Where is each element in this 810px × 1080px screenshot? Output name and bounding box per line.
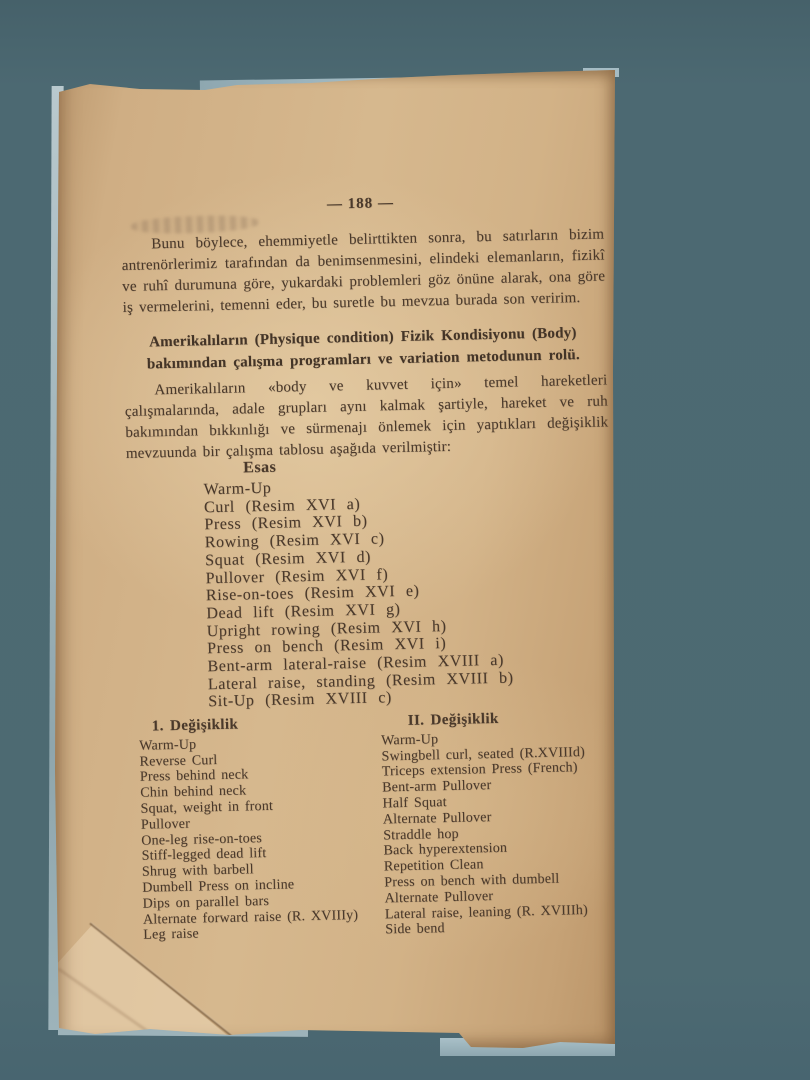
photo-backdrop: — 188 — Bunu böylece, ehemmiyetle belirt… [0,0,810,1080]
page-number: — 188 — [120,191,600,218]
variation-1-column: 1. Değişiklik Warm-UpReverse CurlPress b… [139,714,389,943]
variation-1-title: 1. Değişiklik [152,714,384,735]
section-heading: Amerikalıların (Physique condition) Fizi… [110,321,616,376]
variation-2-list: Warm-UpSwingbell curl, seated (R.XVIIId)… [381,728,630,939]
esas-list-title: Esas [243,459,277,478]
paragraph-closing-remarks: Bunu böylece, ehemmiyetle belirttikten s… [121,224,606,319]
paragraph-variation-method: Amerikalıların «body ve kuvvet için» tem… [124,370,609,465]
variation-1-list: Warm-UpReverse CurlPress behind neckChin… [139,733,388,944]
book-page: — 188 — Bunu böylece, ehemmiyetle belirt… [55,70,615,1050]
list-item: Leg raise [143,923,388,944]
esas-exercise-list: Warm-UpCurl (Resim XVI a)Press (Resim XV… [203,472,628,711]
variation-2-title: II. Değişiklik [408,709,626,730]
page-content: — 188 — Bunu böylece, ehemmiyetle belirt… [45,64,626,1056]
variation-2-column: II. Değişiklik Warm-UpSwingbell curl, se… [381,709,631,938]
list-item: Side bend [385,917,630,938]
